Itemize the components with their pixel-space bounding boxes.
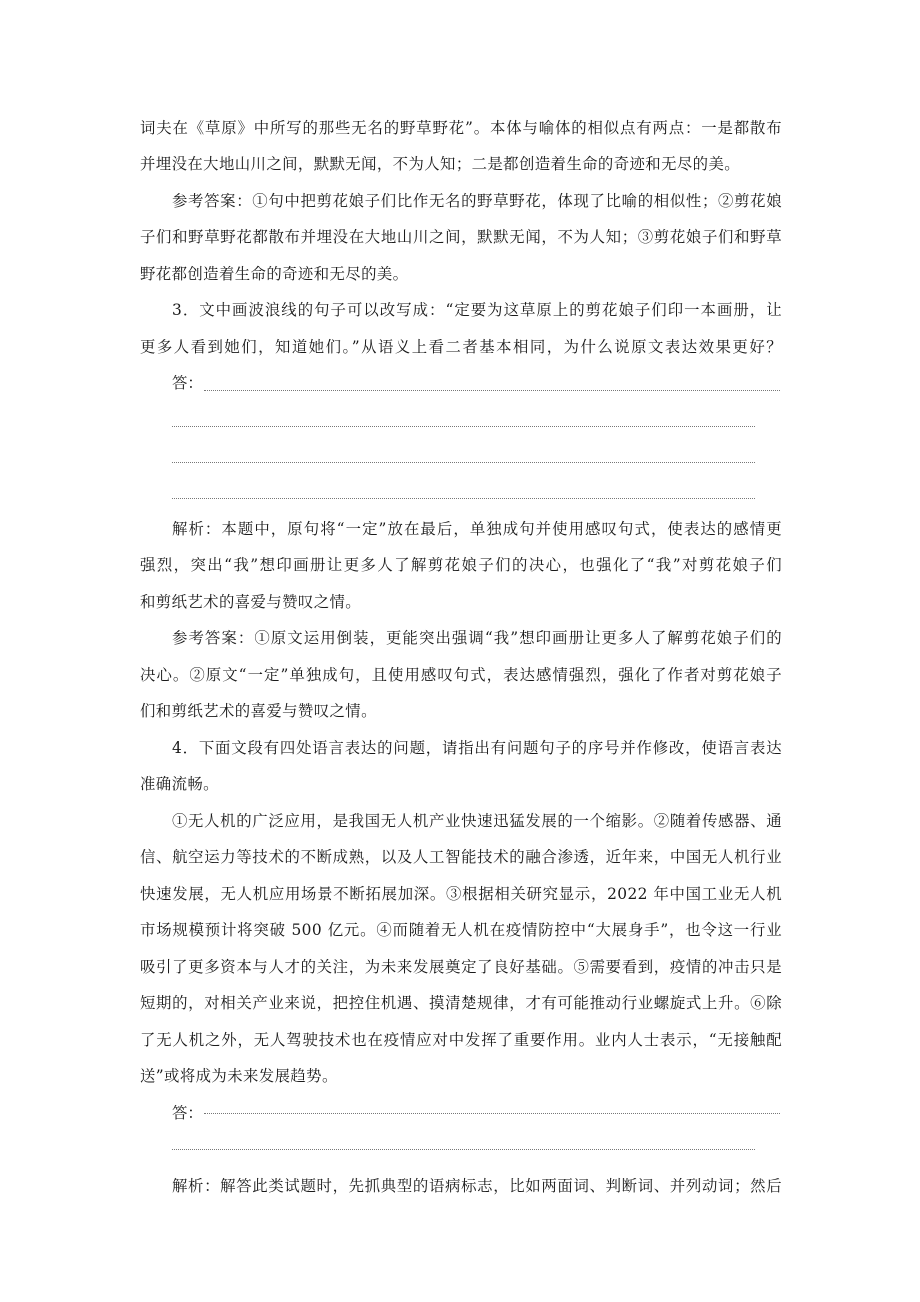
q3-answer-blank-line[interactable] <box>172 498 755 499</box>
q4-prompt-line: 准确流畅。 <box>140 766 219 802</box>
q4-passage-line: 吸引了更多资本与人才的关注，为未来发展奠定了良好基础。⑤需要看到，疫情的冲击只是 <box>140 949 782 985</box>
q4-passage-line: 了无人机之外，无人驾驶技术也在疫情应对中发挥了重要作用。业内人士表示，“无接触配 <box>140 1022 782 1058</box>
q4-passage-line: 快速发展，无人机应用场景不断拓展加深。③根据相关研究显示，2022 年中国工业无… <box>140 876 782 912</box>
q4-passage-line: 送”或将成为未来发展趋势。 <box>140 1058 338 1094</box>
q3-analysis-line: 解析：本题中，原句将“一定”放在最后，单独成句并使用感叹句式，使表达的感情更 <box>172 511 782 547</box>
q3-analysis-line: 和剪纸艺术的喜爱与赞叹之情。 <box>140 584 361 620</box>
q3-answer-label: 答： <box>172 365 203 401</box>
q4-answer-label: 答： <box>172 1095 203 1131</box>
q3-reference-answer-line: 参考答案：①原文运用倒装，更能突出强调“我”想印画册让更多人了解剪花娘子们的 <box>172 620 782 656</box>
q3-answer-blank-line[interactable] <box>172 426 755 427</box>
q3-analysis-line: 强烈，突出“我”想印画册让更多人了解剪花娘子们的决心，也强化了“我”对剪花娘子们 <box>140 547 782 583</box>
q3-reference-answer-line: 们和剪纸艺术的喜爱与赞叹之情。 <box>140 693 377 729</box>
q3-answer-blank-line[interactable] <box>172 462 755 463</box>
q4-passage-line: 信、航空运力等技术的不断成熟，以及人工智能技术的融合渗透，近年来，中国无人机行业 <box>140 839 782 875</box>
q2-reference-answer-line: 子们和野草野花都散布并埋没在大地山川之间，默默无闻，不为人知；③剪花娘子们和野草 <box>140 219 782 255</box>
q3-reference-answer-line: 决心。②原文“一定”单独成句，且使用感叹句式，表达感情强烈，强化了作者对剪花娘子 <box>140 657 782 693</box>
q2-analysis-line: 词夫在《草原》中所写的那些无名的野草野花”。本体与喻体的相似点有两点：一是都散布 <box>140 110 782 146</box>
q4-answer-blank-line[interactable] <box>204 1113 780 1114</box>
q4-passage-line: ①无人机的广泛应用，是我国无人机产业快速迅猛发展的一个缩影。②随着传感器、通 <box>172 803 782 839</box>
q2-reference-answer-line: 野花都创造着生命的奇迹和无尽的美。 <box>140 256 408 292</box>
q3-answer-row: 答： <box>172 365 203 401</box>
q4-passage-line: 短期的，对相关产业来说，把控住机遇、摸清楚规律，才有可能推动行业螺旋式上升。⑥除 <box>140 985 782 1021</box>
q4-answer-row: 答： <box>172 1095 203 1131</box>
q2-reference-answer-line: 参考答案：①句中把剪花娘子们比作无名的野草野花，体现了比喻的相似性；②剪花娘 <box>172 183 782 219</box>
q4-analysis-line: 解析：解答此类试题时，先抓典型的语病标志，比如两面词、判断词、并列动词；然后 <box>172 1168 782 1204</box>
q3-answer-blank-line[interactable] <box>204 390 780 391</box>
q2-analysis-line: 并埋没在大地山川之间，默默无闻，不为人知；二是都创造着生命的奇迹和无尽的美。 <box>140 146 740 182</box>
q3-prompt-line: 更多人看到她们，知道她们。”从语义上看二者基本相同，为什么说原文表达效果更好？ <box>140 329 782 365</box>
q4-passage-line: 市场规模预计将突破 500 亿元。④而随着无人机在疫情防控中“大展身手”，也令这… <box>140 912 782 948</box>
q4-answer-blank-line[interactable] <box>172 1149 755 1150</box>
q4-prompt-line: 4．下面文段有四处语言表达的问题，请指出有问题句子的序号并作修改，使语言表达 <box>172 730 782 766</box>
q3-prompt-line: 3．文中画波浪线的句子可以改写成：“定要为这草原上的剪花娘子们印一本画册，让 <box>172 292 782 328</box>
